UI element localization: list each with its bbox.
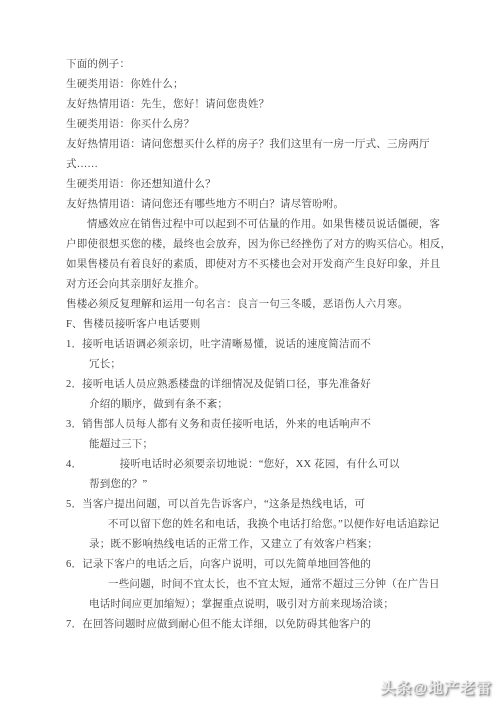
doc-line: 一些问题，时间不宜太长，也不宜太短，通常不超过三分钟（在广告日	[108, 575, 458, 595]
doc-line: 介绍的顺序，做到有条不紊；	[89, 395, 458, 415]
toutiao-watermark: 头条@地产老雷	[380, 677, 492, 698]
document-text-block: 下面的例子： 生硬类用语：你姓什么； 友好热情用语：先生，您好！请问您贵姓？ 生…	[66, 55, 458, 635]
numbered-item-line: 3．销售部人员每人都有义务和责任接听电话，外来的电话响声不	[66, 415, 458, 435]
numbered-item-line: 7．在回答问题时应做到耐心但不能太详细，以免防碍其他客户的	[66, 615, 458, 635]
doc-line: 友好热情用语：请问您还有哪些地方不明白？请尽管吩咐。	[66, 195, 458, 215]
doc-line: 生硬类用语：你买什么房？	[66, 115, 458, 135]
doc-line: 帮到您的？”	[89, 475, 458, 495]
doc-line: 对方还会向其亲朋好友推介。	[66, 275, 458, 295]
document-page: 下面的例子： 生硬类用语：你姓什么； 友好热情用语：先生，您好！请问您贵姓？ 生…	[0, 0, 500, 707]
doc-line: 生硬类用语：你姓什么；	[66, 75, 458, 95]
doc-line: 下面的例子：	[66, 55, 458, 75]
numbered-item-line: 4． 接听电话时必须要亲切地说：“您好，XX 花园，有什么可以	[66, 455, 458, 475]
numbered-item-line: 5．当客户提出问题，可以首先告诉客户，“这条是热线电话，可	[66, 495, 458, 515]
doc-line: 能超过三下；	[89, 435, 458, 455]
doc-line: 不可以留下您的姓名和电话，我换个电话打给您。”以便作好电话追踪记	[108, 515, 458, 535]
doc-line: 如果售楼员有着良好的素质，即使对方不买楼也会对开发商产生良好印象，并且	[66, 255, 458, 275]
numbered-item-line: 2．接听电话人员应熟悉楼盘的详细情况及促销口径，事先准备好	[66, 375, 458, 395]
doc-line: 友好热情用语：先生，您好！请问您贵姓？	[66, 95, 458, 115]
doc-line: 生硬类用语：你还想知道什么？	[66, 175, 458, 195]
doc-line: 电话时间应更加缩短）；掌握重点说明，吸引对方前来现场洽谈；	[89, 595, 458, 615]
doc-line: 录；既不影响热线电话的正常工作，又建立了有效客户档案；	[89, 535, 458, 555]
doc-line: 户即使很想买您的楼，最终也会放弃，因为你已经挫伤了对方的购买信心。相反，	[66, 235, 458, 255]
doc-paragraph-line: 情感效应在销售过程中可以起到不可估量的作用。如果售楼员说话僵硬，客	[66, 215, 458, 235]
doc-line: 式……	[66, 155, 458, 175]
numbered-item-line: 1．接听电话语调必须亲切，吐字清晰易懂，说话的速度简洁而不	[66, 335, 458, 355]
doc-line: 友好热情用语：请问您想买什么样的房子？我们这里有一房一厅式、三房两厅	[66, 135, 458, 155]
numbered-item-line: 6．记录下客户的电话之后，向客户说明，可以先简单地回答他的	[66, 555, 458, 575]
section-heading-line: F、售楼员接听客户电话要则	[66, 315, 458, 335]
doc-line: 冗长；	[89, 355, 458, 375]
doc-line: 售楼必须反复理解和运用一句名言：良言一句三冬暖，恶语伤人六月寒。	[66, 295, 458, 315]
